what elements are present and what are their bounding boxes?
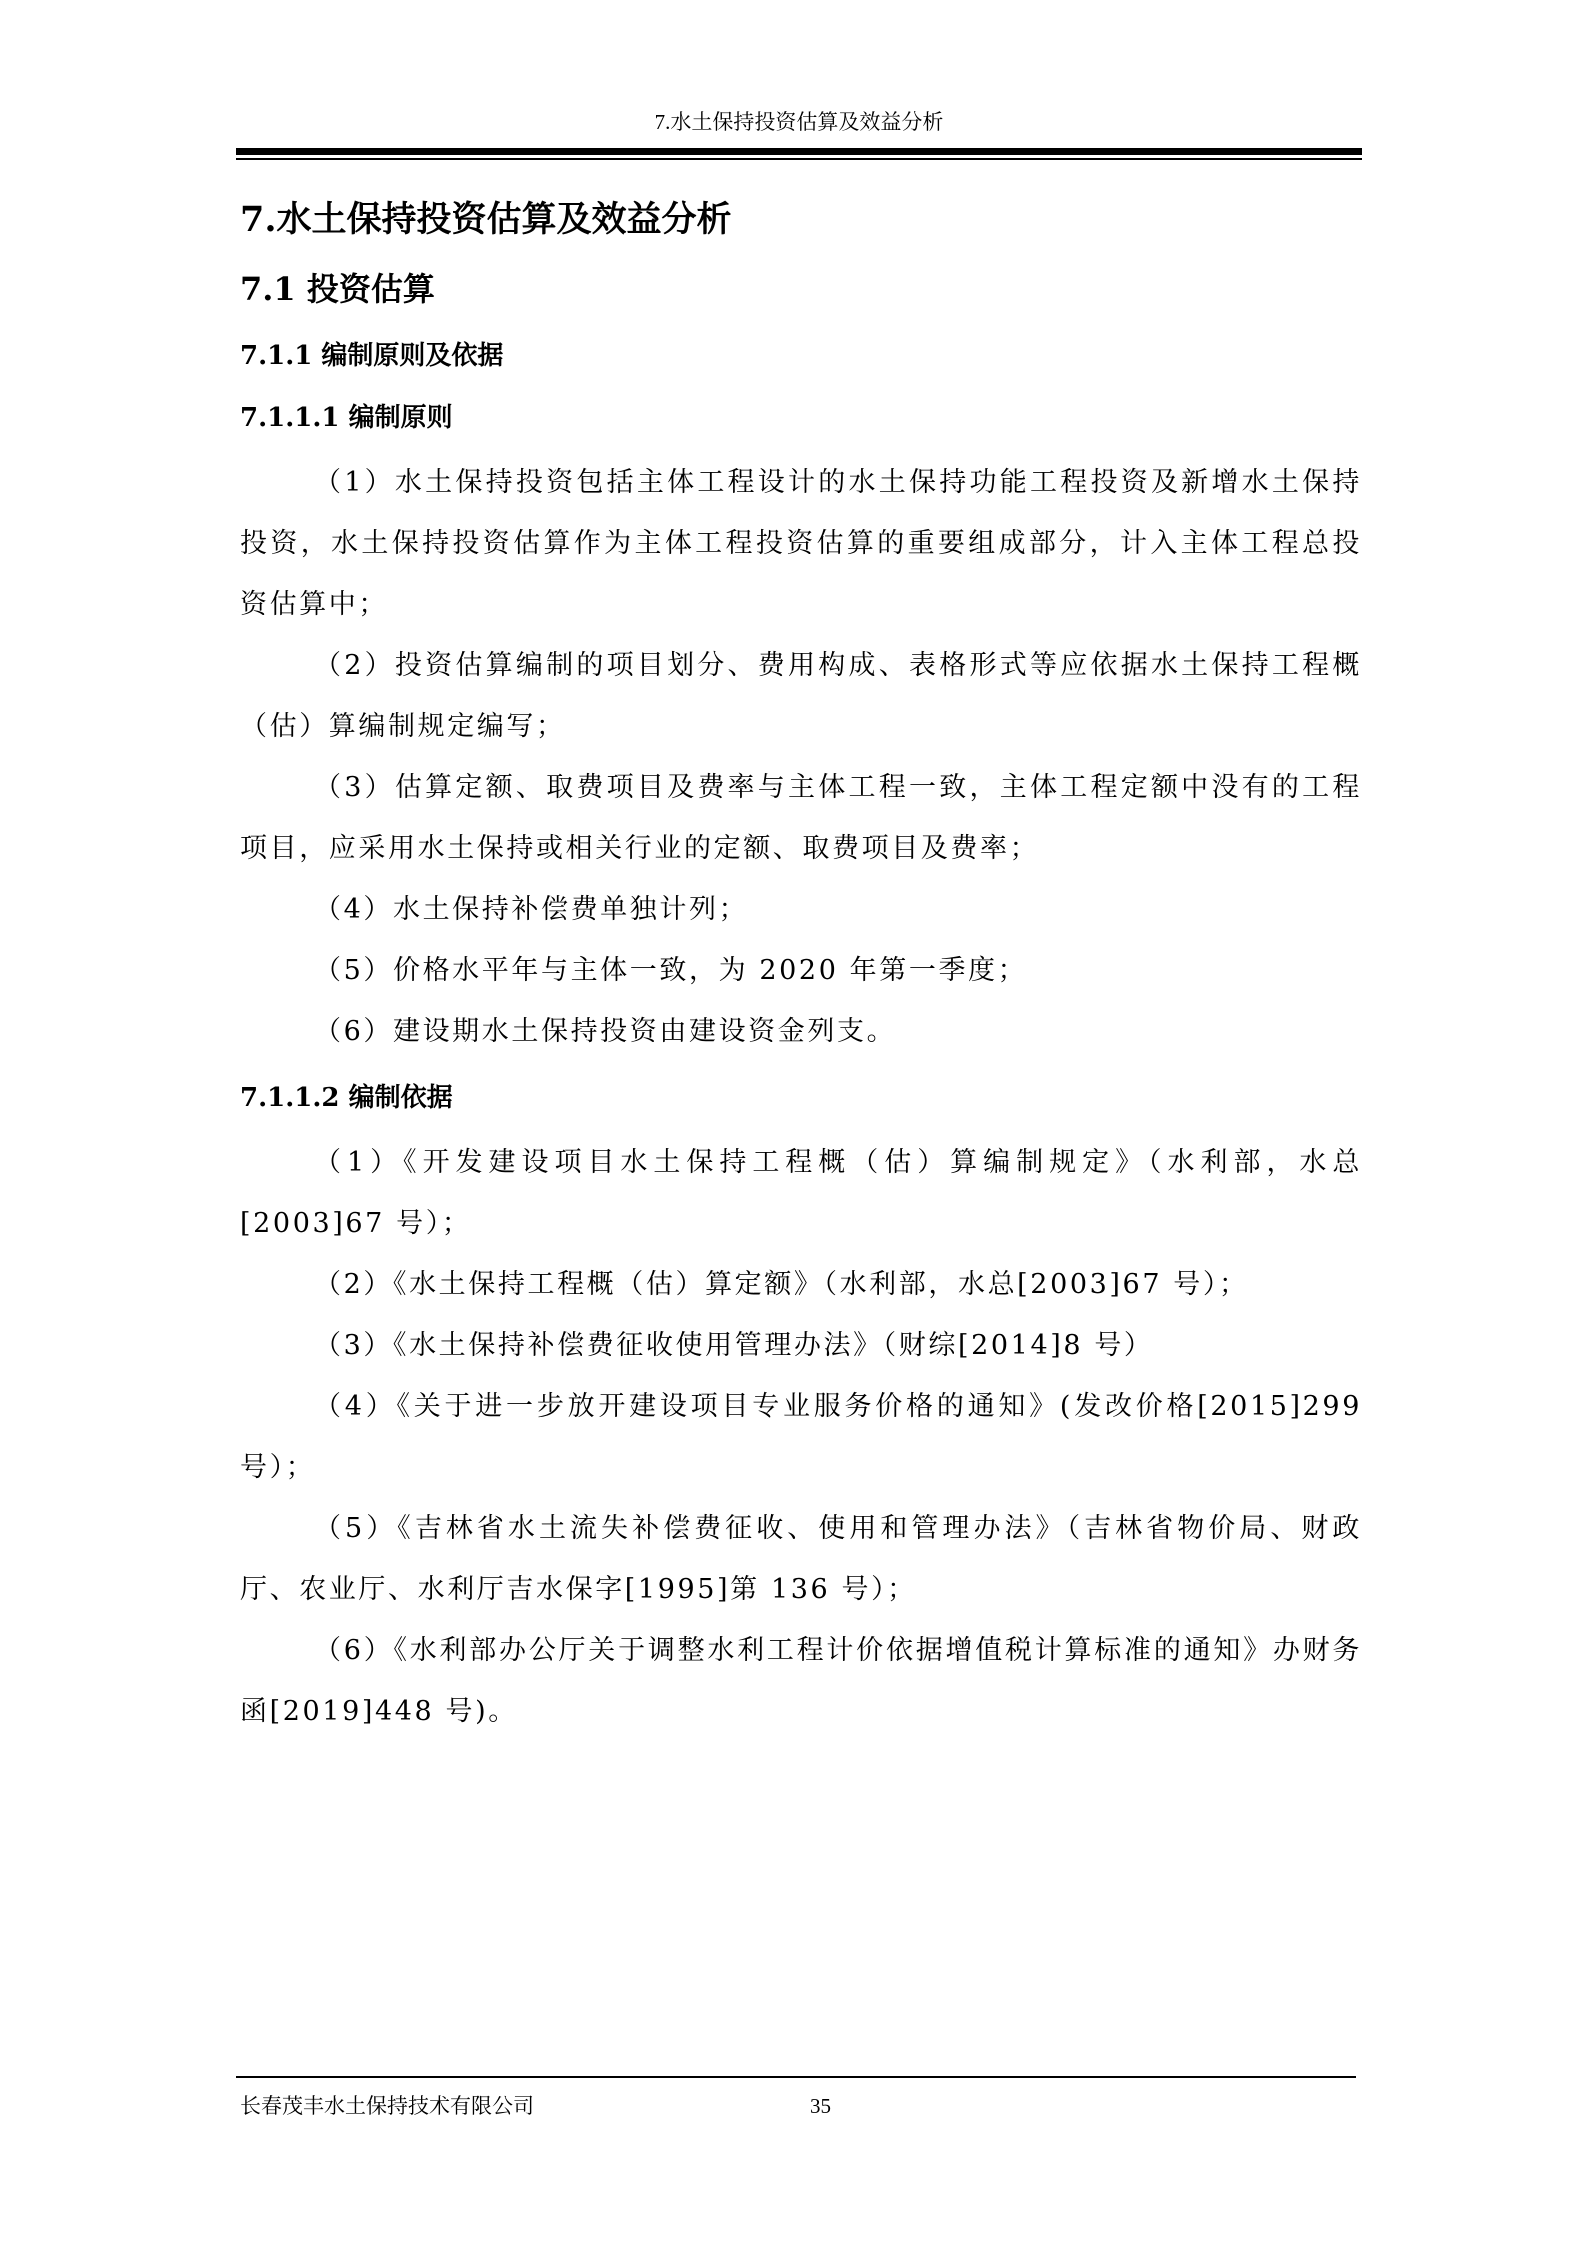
basis-item-1: （1）《开发建设项目水土保持工程概（估）算编制规定》（水利部，水总[2003]6…	[240, 1132, 1362, 1254]
footer-company-name: 长春茂丰水土保持技术有限公司	[240, 2092, 534, 2120]
chapter-title: 7.水土保持投资估算及效益分析	[240, 198, 732, 242]
section-heading: 7.1 投资估算	[240, 268, 435, 310]
basis-item-6: （6）《水利部办公厅关于调整水利工程计价依据增值税计算标准的通知》办财务函[20…	[240, 1620, 1362, 1742]
principle-item-4: （4）水土保持补偿费单独计列；	[240, 879, 1362, 940]
page-number: 35	[810, 2092, 831, 2120]
basis-item-2: （2）《水土保持工程概（估）算定额》（水利部，水总[2003]67 号）；	[240, 1254, 1362, 1315]
subsection-heading: 7.1.1 编制原则及依据	[240, 338, 503, 374]
footer-rule	[236, 2076, 1356, 2078]
basis-item-5: （5）《吉林省水土流失补偿费征收、使用和管理办法》（吉林省物价局、财政厅、农业厅…	[240, 1498, 1362, 1620]
document-page: 7.水土保持投资估算及效益分析 7.水土保持投资估算及效益分析 7.1 投资估算…	[0, 0, 1587, 2245]
principle-item-3: （3）估算定额、取费项目及费率与主体工程一致，主体工程定额中没有的工程项目，应采…	[240, 757, 1362, 879]
running-header: 7.水土保持投资估算及效益分析	[236, 108, 1362, 136]
principle-item-2: （2）投资估算编制的项目划分、费用构成、表格形式等应依据水土保持工程概（估）算编…	[240, 635, 1362, 757]
principle-item-1: （1）水土保持投资包括主体工程设计的水土保持功能工程投资及新增水土保持投资，水土…	[240, 452, 1362, 635]
basis-heading: 7.1.1.2 编制依据	[240, 1080, 453, 1116]
header-rule-thick	[236, 148, 1362, 155]
basis-item-3: （3）《水土保持补偿费征收使用管理办法》（财综[2014]8 号）	[240, 1315, 1362, 1376]
header-rule-thin	[236, 158, 1362, 160]
basis-item-4: （4）《关于进一步放开建设项目专业服务价格的通知》(发改价格[2015]299 …	[240, 1376, 1362, 1498]
principle-item-6: （6）建设期水土保持投资由建设资金列支。	[240, 1001, 1362, 1062]
principles-heading: 7.1.1.1 编制原则	[240, 400, 453, 436]
principle-item-5: （5）价格水平年与主体一致，为 2020 年第一季度；	[240, 940, 1362, 1001]
